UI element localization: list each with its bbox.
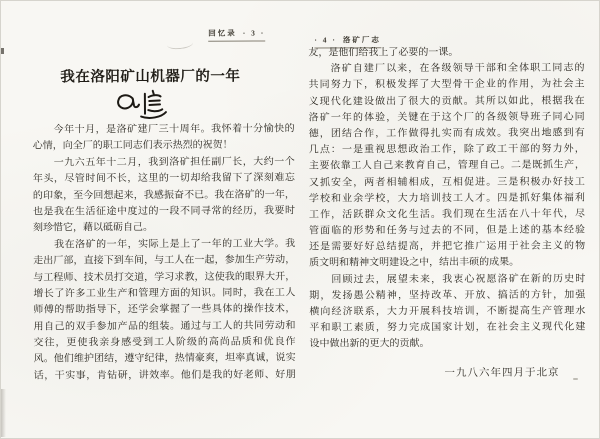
text-line: 学校和业余学校，大力培训技工人才。四是抓好集体福利 — [309, 190, 585, 207]
text-line: 师傅的帮助指导下，还学会掌握了一些具体的操作技术， — [33, 302, 295, 320]
running-head-book-title: 洛矿厂志 — [343, 35, 381, 44]
text-line: 风。他们维护团结，遵守纪律，热情豪爽，坦率真诚，说实 — [34, 351, 296, 369]
text-line: 义现代化建设做出了很大的贡献。其所以如此，根据我在 — [309, 93, 585, 110]
text-line: 走出厂部，直接下到车间，与工人在一起，参加生产劳动， — [33, 252, 295, 270]
text-line: 今年十月，是洛矿建厂三十周年。我怀着十分愉快的 — [33, 121, 295, 139]
text-line: 管面临的形势和任务与过去的不同，但是上述的基本经验 — [309, 223, 585, 240]
text-line: 主要依靠工人自己来教育自己，管理自己。二是既抓生产， — [309, 158, 585, 175]
text-line: 友，是他们给我上了必要的一课。 — [308, 45, 584, 62]
text-line: 的印象，至今回想起来，我感振奋不已。我在洛矿的一年， — [33, 187, 295, 205]
dateline: 一九八六年四月于北京 — [310, 365, 586, 381]
signature-scribble-icon — [112, 87, 170, 122]
text-line: 与工程师、技术员打交道，学习求教，这使我的眼界大开， — [33, 269, 295, 287]
text-line: 质文明和精神文明建设之中，结出丰硕的成果。 — [309, 255, 585, 272]
text-line: 几点：一是重视思想政治工作，除了政工干部的努力外， — [309, 142, 585, 159]
text-line: 交往，更使我亲身感受到工人阶级的高尚品质和优良作 — [34, 334, 296, 352]
text-line: 设中做出新的更大的贡献。 — [309, 336, 585, 353]
author-signature — [112, 87, 170, 122]
text-line: 增长了许多工业生产和管理方面的知识。同时，我在工人 — [33, 285, 295, 303]
text-line: 工作，活跃群众文化生活。我们现在生活在八十年代，尽 — [309, 206, 585, 223]
article-title: 我在洛阳矿山机器厂的一年 — [60, 65, 240, 87]
text-line: 共同努力下，积极发挥了大型骨干企业的作用，为社会主 — [309, 77, 585, 94]
text-line: 还是需要好好总结提高，并把它推广运用于社会主义的物 — [309, 239, 585, 256]
text-line: 用自己的双手参加产品的组装。通过与工人的共同劳动和 — [33, 318, 295, 336]
text-line: 平和职工素质，努力完成国家计划，在社会主义现代化建 — [309, 320, 585, 337]
text-line: 回顾过去，展望未来，我衷心祝愿洛矿在新的历史时 — [309, 271, 585, 288]
page-right: · 4 ·洛矿厂志 友，是他们给我上了必要的一课。 洛矿自建厂以来，在各级领导干… — [298, 0, 600, 438]
right-page-text: 友，是他们给我上了必要的一课。 洛矿自建厂以来，在各级领导干部和全体职工同志的共… — [308, 45, 585, 354]
running-head-left: 回忆录· 3 · — [208, 27, 265, 41]
text-line: 刻珍惜它，藉以砥砺自己。 — [33, 220, 295, 238]
text-line: 横向经济联系，大力开展科技培训，不断提高生产管理水 — [309, 304, 585, 321]
text-line: 我在洛矿的一年，实际上是上了一年的工业大学。我 — [33, 236, 295, 254]
text-line: 德，团结合作，工作做得扎实而有成效。我突出地感到有 — [309, 125, 585, 142]
scanned-book-spread: 回忆录· 3 · 我在洛阳矿山机器厂的一年 今年十月，是洛矿建厂三十周年。我怀着… — [0, 0, 600, 439]
text-line: 年头，尽管时间不长，这里的一切却给我留下了深刻难忘 — [33, 171, 295, 189]
text-line: 也是我在生活征途中度过的一段不同寻常的经历，我要时 — [33, 203, 295, 221]
page-left: 回忆录· 3 · 我在洛阳矿山机器厂的一年 今年十月，是洛矿建厂三十周年。我怀着… — [0, 0, 300, 438]
left-page-text: 今年十月，是洛矿建厂三十周年。我怀着十分愉快的心情，向全厂的职工同志们表示热烈的… — [33, 121, 296, 384]
text-line: 洛矿自建厂以来，在各级领导干部和全体职工同志的 — [308, 61, 584, 78]
scan-edge-streak — [1, 389, 6, 437]
running-head-page-number: · 4 · — [314, 35, 337, 44]
scan-speck — [573, 378, 578, 380]
running-head-section: 回忆录 — [208, 29, 237, 38]
text-line: 洛矿一年的体验，关键在于这个厂的各级领导班子同心同 — [309, 109, 585, 126]
scan-speck — [1, 48, 4, 54]
text-line: 又抓安全，两者相辅相成，互相促进。三是积极办好技工 — [309, 174, 585, 191]
text-line: 心情，向全厂的职工同志们表示热烈的祝贺！ — [33, 138, 295, 156]
running-head-page-number: · 3 · — [243, 28, 266, 37]
text-line: 期，发扬愚公精神，坚持改革、开放、搞活的方针，加强 — [309, 287, 585, 304]
text-line: 一九六五年十二月，我到洛矿担任副厂长，大约一个 — [33, 154, 295, 172]
text-line: 话，干实事，肯钻研，讲效率。他们是我的好老师、好朋 — [34, 367, 296, 385]
